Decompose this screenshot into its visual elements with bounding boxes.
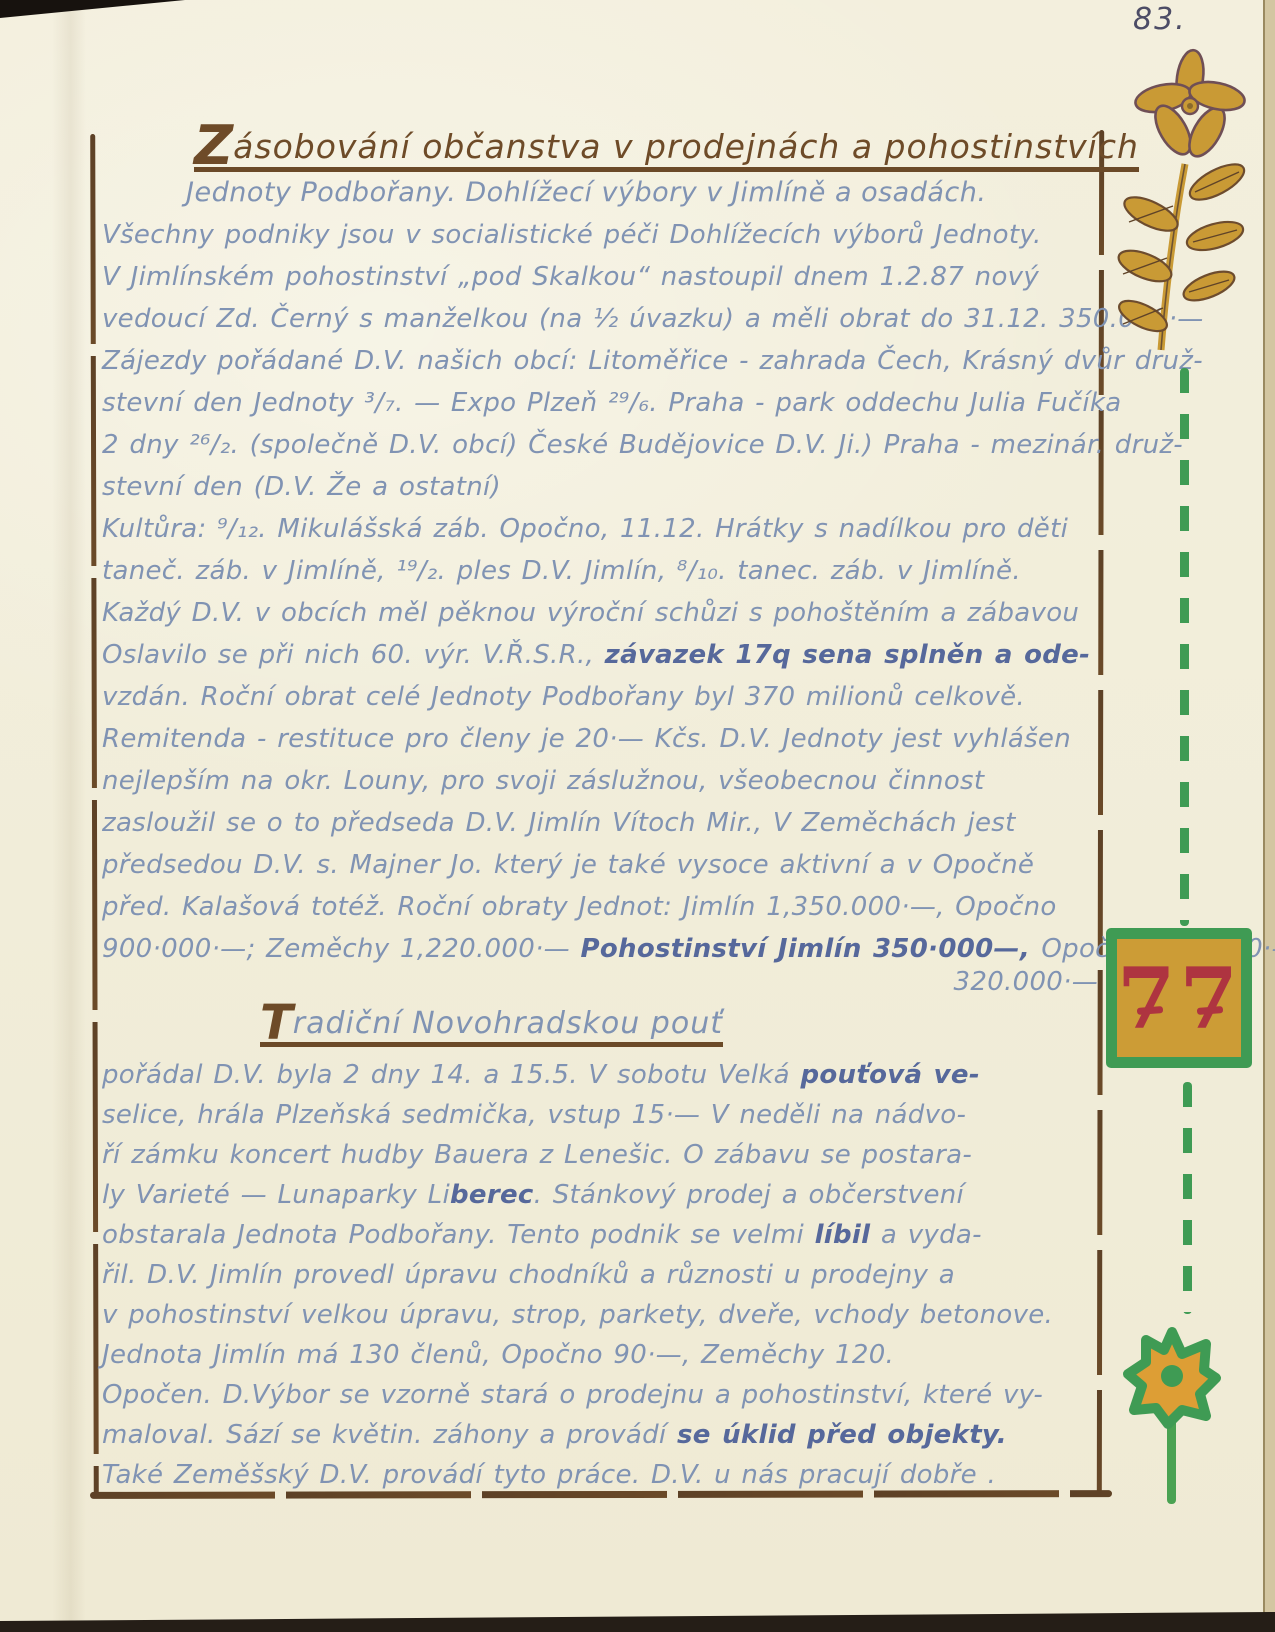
text-line: Jednota Jimlín má 130 členů, Opočno 90·—… bbox=[102, 1335, 1102, 1375]
text-segment: Všechny podniky jsou v socialistické péč… bbox=[102, 220, 1042, 250]
text-line: 320.000·— bbox=[102, 970, 1102, 1000]
title-initial: Z bbox=[194, 114, 233, 177]
text-line: V Jimlínském pohostinství „pod Skalkou“ … bbox=[102, 256, 1102, 298]
flower-illustration-bottom bbox=[1112, 1312, 1237, 1508]
text-segment: 2 dny ²⁶/₂. (společně D.V. obcí) České B… bbox=[102, 430, 1183, 460]
text-line: Opočen. D.Výbor se vzorně stará o prodej… bbox=[102, 1375, 1102, 1415]
text-segment: ly Varieté — Lunaparky Li bbox=[102, 1180, 450, 1210]
text-segment: vzdán. Roční obrat celé Jednoty Podbořan… bbox=[102, 682, 1025, 712]
text-segment: Kultůra: ⁹/₁₂. Mikulášská záb. Opočno, 1… bbox=[102, 514, 1068, 544]
text-segment: řil. D.V. Jimlín provedl úpravu chodníků… bbox=[102, 1260, 955, 1290]
text-line: Zájezdy pořádané D.V. našich obcí: Litom… bbox=[102, 340, 1102, 382]
text-line: 900·000·—; Zeměchy 1,220.000·— Pohostins… bbox=[102, 928, 1102, 970]
text-line: stevní den Jednoty ³/₇. — Expo Plzeň ²⁹/… bbox=[102, 382, 1102, 424]
text-segment: nejlepším na okr. Louny, pro svoji záslu… bbox=[102, 766, 984, 796]
text-segment: závazek 17q sena splněn a ode- bbox=[605, 640, 1091, 670]
text-line: v pohostinství velkou úpravu, strop, par… bbox=[102, 1295, 1102, 1335]
text-line: vedoucí Zd. Černý s manželkou (na ½ úvaz… bbox=[102, 298, 1102, 340]
text-segment: vedoucí Zd. Černý s manželkou (na ½ úvaz… bbox=[102, 304, 1204, 334]
text-segment: zasloužil se o to předseda D.V. Jimlín V… bbox=[102, 808, 1016, 838]
plate-number: 77 bbox=[1117, 951, 1241, 1047]
text-segment: . Stánkový prodej a občerstvení bbox=[534, 1180, 964, 1210]
text-line: předsedou D.V. s. Majner Jo. který je ta… bbox=[102, 844, 1102, 886]
text-segment: Opočen. D.Výbor se vzorně stará o prodej… bbox=[102, 1380, 1043, 1410]
text-segment: berec bbox=[450, 1180, 534, 1210]
text-segment: líbil bbox=[815, 1220, 871, 1250]
text-line: 2 dny ²⁶/₂. (společně D.V. obcí) České B… bbox=[102, 424, 1102, 466]
text-segment: Jednota Jimlín má 130 členů, Opočno 90·—… bbox=[102, 1340, 894, 1370]
text-segment: a vyda- bbox=[870, 1220, 981, 1250]
text-segment: Každý D.V. v obcích měl pěknou výroční s… bbox=[102, 598, 1079, 628]
section2-heading: Tradiční Novohradskou pouť bbox=[260, 1004, 1102, 1047]
page-title-underlined: Zásobování občanstva v prodejnách a poho… bbox=[194, 126, 1139, 172]
text-line: před. Kalašová totéž. Roční obraty Jedno… bbox=[102, 886, 1102, 928]
text-line: vzdán. Roční obrat celé Jednoty Podbořan… bbox=[102, 676, 1102, 718]
text-segment: Pohostinství Jimlín 350·000—, bbox=[581, 934, 1042, 964]
text-line: selice, hrála Plzeňská sedmička, vstup 1… bbox=[102, 1095, 1102, 1135]
page-number: 83. bbox=[1133, 2, 1187, 37]
frame-border-left bbox=[90, 134, 99, 1494]
title-text: ásobování občanstva v prodejnách a pohos… bbox=[233, 127, 1139, 166]
text-segment: před. Kalašová totéž. Roční obraty Jedno… bbox=[102, 892, 1057, 922]
handwritten-text-block: Zásobování občanstva v prodejnách a poho… bbox=[102, 126, 1102, 1495]
text-line: Také Zeměšský D.V. provádí tyto práce. D… bbox=[102, 1455, 1102, 1495]
green-dashed-rule-upper bbox=[1180, 368, 1189, 926]
text-line: stevní den (D.V. Že a ostatní) bbox=[102, 466, 1102, 508]
text-line: Každý D.V. v obcích měl pěknou výroční s… bbox=[102, 592, 1102, 634]
text-line: Všechny podniky jsou v socialistické péč… bbox=[102, 214, 1102, 256]
text-segment: stevní den (D.V. Že a ostatní) bbox=[102, 472, 501, 502]
text-line: ly Varieté — Lunaparky Liberec. Stánkový… bbox=[102, 1175, 1102, 1215]
page-subtitle: Jednoty Podbořany. Dohlížecí výbory v Ji… bbox=[186, 172, 1102, 214]
text-segment: Remitenda - restituce pro členy je 20·— … bbox=[102, 724, 1071, 754]
text-segment: Zájezdy pořádané D.V. našich obcí: Litom… bbox=[102, 346, 1203, 376]
section2-heading-underlined: Tradiční Novohradskou pouť bbox=[260, 1004, 723, 1047]
text-line: taneč. záb. v Jimlíně, ¹⁹/₂. ples D.V. J… bbox=[102, 550, 1102, 592]
section2-lines: pořádal D.V. byla 2 dny 14. a 15.5. V so… bbox=[102, 1055, 1102, 1495]
section2-heading-text: radiční Novohradskou pouť bbox=[293, 1006, 723, 1041]
text-line: zasloužil se o to předseda D.V. Jimlín V… bbox=[102, 802, 1102, 844]
text-line: Remitenda - restituce pro členy je 20·— … bbox=[102, 718, 1102, 760]
text-segment: pouťová ve- bbox=[800, 1060, 980, 1090]
text-segment: 900·000·—; Zeměchy 1,220.000·— bbox=[102, 934, 581, 964]
text-segment: ří zámku koncert hudby Bauera z Lenešic.… bbox=[102, 1140, 972, 1170]
text-segment: 320.000·— bbox=[954, 967, 1098, 997]
photo-edge-dark-bottom bbox=[0, 1612, 1275, 1632]
text-segment: Také Zeměšský D.V. provádí tyto práce. D… bbox=[102, 1460, 996, 1490]
text-segment: V Jimlínském pohostinství „pod Skalkou“ … bbox=[102, 262, 1039, 292]
text-line: obstarala Jednota Podbořany. Tento podni… bbox=[102, 1215, 1102, 1255]
text-segment: pořádal D.V. byla 2 dny 14. a 15.5. V so… bbox=[102, 1060, 800, 1090]
text-segment: stevní den Jednoty ³/₇. — Expo Plzeň ²⁹/… bbox=[102, 388, 1121, 418]
text-line: Kultůra: ⁹/₁₂. Mikulášská záb. Opočno, 1… bbox=[102, 508, 1102, 550]
text-line: ří zámku koncert hudby Bauera z Lenešic.… bbox=[102, 1135, 1102, 1175]
photo-corner-dark bbox=[0, 0, 185, 18]
chronicle-page: 83. Zásobování občanstva v prodejnách a … bbox=[0, 0, 1275, 1632]
page-title: Zásobování občanstva v prodejnách a poho… bbox=[194, 126, 1102, 172]
book-edge bbox=[1263, 0, 1275, 1632]
page-crease bbox=[52, 0, 86, 1632]
text-segment: předsedou D.V. s. Majner Jo. který je ta… bbox=[102, 850, 1034, 880]
section2-heading-initial: T bbox=[260, 995, 293, 1051]
text-line: pořádal D.V. byla 2 dny 14. a 15.5. V so… bbox=[102, 1055, 1102, 1095]
text-segment: selice, hrála Plzeňská sedmička, vstup 1… bbox=[102, 1100, 966, 1130]
text-line: nejlepším na okr. Louny, pro svoji záslu… bbox=[102, 760, 1102, 802]
section1-lines: Všechny podniky jsou v socialistické péč… bbox=[102, 214, 1102, 1000]
text-line: Oslavilo se při nich 60. výr. V.Ř.S.R., … bbox=[102, 634, 1102, 676]
green-dashed-rule-lower bbox=[1183, 1082, 1192, 1314]
text-segment: obstarala Jednota Podbořany. Tento podni… bbox=[102, 1220, 815, 1250]
text-segment: maloval. Sází se květin. záhony a provád… bbox=[102, 1420, 677, 1450]
text-segment: v pohostinství velkou úpravu, strop, par… bbox=[102, 1300, 1053, 1330]
text-segment: Oslavilo se při nich 60. výr. V.Ř.S.R., bbox=[102, 640, 605, 670]
number-plate: 77 bbox=[1106, 928, 1252, 1068]
text-line: maloval. Sází se květin. záhony a provád… bbox=[102, 1415, 1102, 1455]
text-line: řil. D.V. Jimlín provedl úpravu chodníků… bbox=[102, 1255, 1102, 1295]
text-segment: taneč. záb. v Jimlíně, ¹⁹/₂. ples D.V. J… bbox=[102, 556, 1021, 586]
text-segment: se úklid před objekty. bbox=[677, 1420, 1007, 1450]
flower-illustration-top bbox=[1095, 46, 1260, 358]
